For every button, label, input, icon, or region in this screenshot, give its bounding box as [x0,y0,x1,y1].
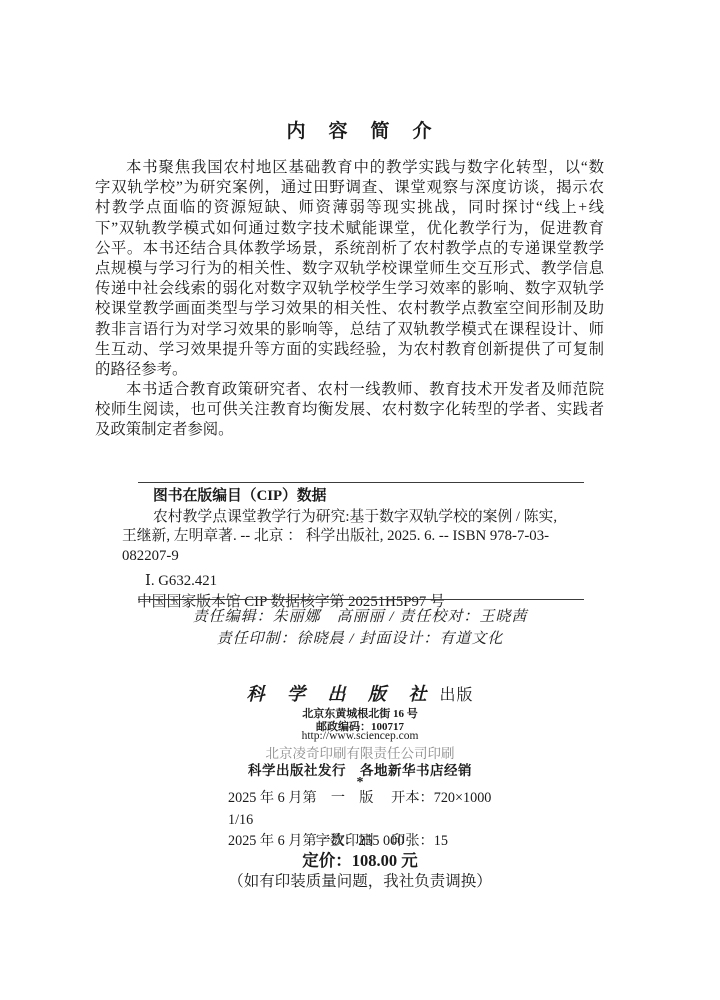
printing-credits-line: 责任印制：徐晓晨 / 封面设计：有道文化 [0,627,720,648]
publisher-logo-suffix: 出版 [439,687,473,704]
summary-p1-line: 生互动、学习效果提升等方面的实践经验，为农村教育创新提供了可复制 [95,340,604,360]
quality-notice: （如有印装质量问题，我社负责调换） [0,869,720,891]
summary-p1-line: 下”双轨教学模式如何通过数字技术赋能课堂，优化教学行为，促进教育 [95,219,604,239]
summary-p2-line: 校师生阅读，也可供关注教育均衡发展、农村数字化转型的学者、实践者 [95,400,604,420]
summary-p1-line: 教非言语行为对学习效果的影响等，总结了双轨教学模式在课程设计、师 [95,320,604,340]
summary-p1-line: 本书聚焦我国农村地区基础教育中的教学实践与数字化转型，以“数 [95,158,604,178]
summary-p1-line: 校课堂教学画面类型与学习效果的相关性、农村教学点教室空间形制及助 [95,299,604,319]
summary-p1-line: 传递中社会线索的弱化对数字双轨学校学生学习效率的影响、数字双轨学 [95,279,604,299]
cip-data-block: 图书在版编目（CIP）数据 农村教学点课堂教学行为研究:基于数字双轨学校的案例 … [122,487,614,613]
publisher-logo: 科 学 出 版 社 出版 [0,680,720,706]
cip-top-rule [138,482,584,483]
edition-line: 2025 年 6 月第 一 版 开本：720×1000 1/16 [228,788,498,831]
summary-p1-line: 公平。本书还结合具体教学场景，系统剖析了农村教学点的专递课堂教学 [95,239,604,259]
content-summary: 本书聚焦我国农村地区基础教育中的教学实践与数字化转型，以“数 字双轨学校”为研究… [95,158,604,441]
publisher-logo-script: 科 学 出 版 社 [246,684,435,704]
summary-p2-line: 及政策制定者参阅。 [95,420,604,440]
copyright-page: 内 容 简 介 本书聚焦我国农村地区基础教育中的教学实践与数字化转型，以“数 字… [0,0,720,1000]
editor-credits-line: 责任编辑：朱丽娜 高丽丽 / 责任校对：王晓茜 [0,605,720,626]
summary-p1-line: 点规模与学习行为的相关性、数字双轨学校课堂师生交互形式、教学信息 [95,259,604,279]
summary-p1-line: 村教学点面临的资源短缺、师资薄弱等现实挑战，同时探讨“线上+线 [95,198,604,218]
cip-heading: 图书在版编目（CIP）数据 [122,487,614,507]
publisher-website: http://www.sciencep.com [0,730,720,742]
cip-classification: Ⅰ. G632.421 [122,572,614,592]
cip-isbn-line: 082207-9 [122,547,614,567]
cip-publisher-line: 王继新, 左明章著. -- 北京 ： 科学出版社, 2025. 6. -- IS… [122,527,614,547]
summary-p2-line: 本书适合教育政策研究者、农村一线教师、教育技术开发者及师范院 [95,380,604,400]
summary-p1-line: 字双轨学校”为研究案例，通过田野调查、课堂观察与深度访谈，揭示农 [95,178,604,198]
cip-bottom-rule [138,599,584,600]
page-title: 内 容 简 介 [0,116,720,143]
summary-p1-line: 的路径参考。 [95,360,604,380]
price: 定价：108.00 元 [0,847,720,871]
cip-title-line: 农村教学点课堂教学行为研究:基于数字双轨学校的案例 / 陈实, [122,508,614,528]
